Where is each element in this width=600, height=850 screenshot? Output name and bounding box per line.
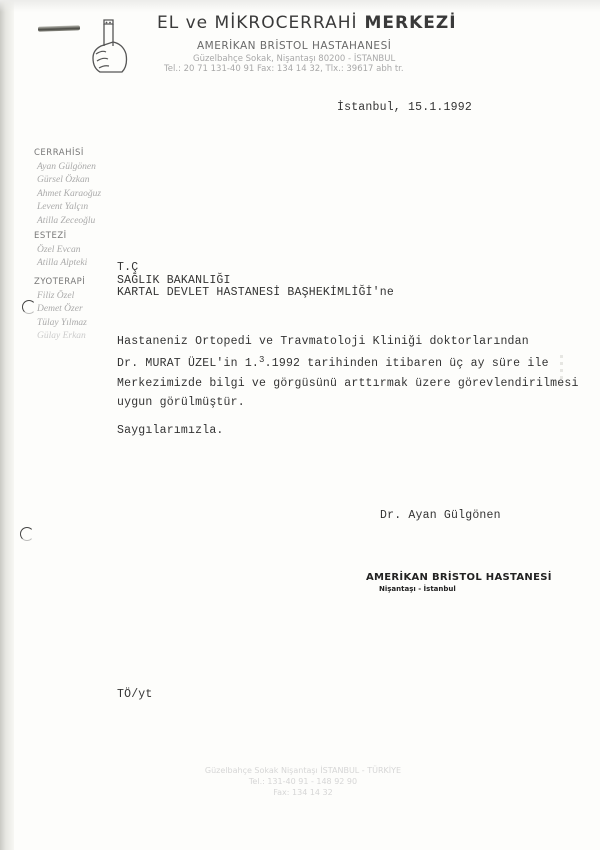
punch-hole-mark — [20, 527, 34, 541]
letterhead-phone: Tel.: 20 71 131-40 91 Fax: 134 14 32, Tl… — [164, 64, 404, 74]
date-line: İstanbul, 15.1.1992 — [337, 101, 472, 114]
recipient-line: KARTAL DEVLET HASTANESİ BAŞHEKİMLİĞİ'ne — [117, 287, 394, 300]
staff-name: Gülay Erkan — [34, 330, 87, 344]
title-main: MİKROCERRAHİ — [215, 13, 358, 33]
section-heading: ZYOTERAPİ — [34, 276, 87, 290]
hospital-stamp: AMERİKAN BRİSTOL HASTANESİ Nişantaşı - İ… — [366, 572, 552, 593]
sidebar-section-surgery: CERRAHİSİ Ayan Gülgönen Gürsel Özkan Ahm… — [34, 147, 101, 228]
paper-edge-shadow — [0, 0, 14, 850]
letterhead-address: Güzelbahçe Sokak, Nişantaşı 80200 - İSTA… — [193, 54, 395, 64]
staff-name: Levent Yalçın — [34, 201, 101, 215]
scan-smudge — [0, 0, 600, 12]
recipient-block: T.Ç SAĞLIK BAKANLIĞI KARTAL DEVLET HASTA… — [117, 262, 394, 300]
body-text: .1992 tarihinden itibaren üç ay süre ile — [265, 357, 549, 370]
sidebar-section-anesthesia: ESTEZİ Özel Evcan Atilla Alpteki — [34, 230, 87, 271]
stamp-line: Nişantaşı - İstanbul — [379, 585, 552, 593]
staff-name: Gürsel Özkan — [34, 174, 101, 188]
staff-name: Ayan Gülgönen — [34, 161, 101, 175]
footer-line: Güzelbahçe Sokak Nişantaşı İSTANBUL - TÜ… — [143, 765, 463, 776]
staff-name: Demet Özer — [34, 303, 87, 317]
staff-name: Filiz Özel — [34, 290, 87, 304]
typist-initials: TÖ/yt — [117, 688, 153, 701]
body-line: Merkezimizde bilgi ve görgüsünü arttırma… — [117, 374, 579, 393]
punch-hole-mark — [22, 300, 36, 314]
staple-mark — [38, 25, 80, 31]
body-line: Dr. MURAT ÜZEL'in 1.3.1992 tarihinden it… — [117, 351, 579, 373]
sidebar-section-physiotherapy: ZYOTERAPİ Filiz Özel Demet Özer Tülay Yı… — [34, 276, 87, 344]
body-text: Dr. MURAT ÜZEL'in 1. — [117, 357, 259, 370]
stamp-line: AMERİKAN BRİSTOL HASTANESİ — [366, 572, 552, 583]
footer-address: Güzelbahçe Sokak Nişantaşı İSTANBUL - TÜ… — [143, 765, 463, 798]
letterhead-title: EL ve MİKROCERRAHİ MERKEZİ — [157, 13, 457, 33]
staff-name: Ahmet Karaoğuz — [34, 188, 101, 202]
staff-name: Atilla Alpteki — [34, 257, 87, 271]
letter-body: Hastaneniz Ortopedi ve Travmatoloji Klin… — [117, 332, 579, 412]
staff-name: Atilla Zeceoğlu — [34, 215, 101, 229]
letterhead-subtitle: AMERİKAN BRİSTOL HASTAHANESİ — [197, 40, 391, 52]
signer-name: Dr. Ayan Gülgönen — [380, 509, 501, 522]
title-suffix: MERKEZİ — [358, 13, 457, 33]
hand-logo-icon — [92, 18, 132, 80]
title-prefix: EL ve — [157, 13, 215, 33]
staff-name: Tülay Yılmaz — [34, 317, 87, 331]
recipient-line: T.Ç — [117, 262, 394, 275]
staff-name: Özel Evcan — [34, 244, 87, 258]
section-heading: CERRAHİSİ — [34, 147, 101, 161]
body-line: uygun görülmüştür. — [117, 393, 579, 412]
closing-salutation: Saygılarımızla. — [117, 424, 224, 437]
footer-line: Fax: 134 14 32 — [143, 787, 463, 798]
section-heading: ESTEZİ — [34, 230, 87, 244]
footer-line: Tel.: 131-40 91 - 148 92 90 — [143, 776, 463, 787]
body-line: Hastaneniz Ortopedi ve Travmatoloji Klin… — [117, 332, 579, 351]
